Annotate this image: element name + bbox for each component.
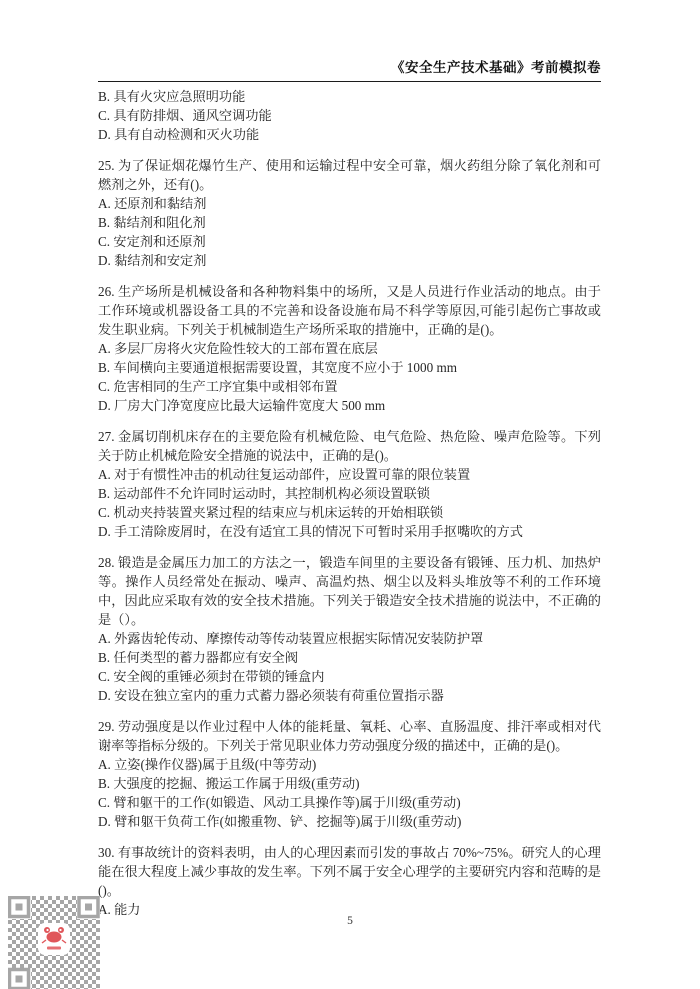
option-b: B. 具有火灾应急照明功能: [98, 87, 601, 106]
question-28: 28. 锻造是金属压力加工的方法之一，锻造车间里的主要设备有锻锤、压力机、加热炉…: [98, 553, 601, 705]
question-25: 25. 为了保证烟花爆竹生产、使用和运输过程中安全可靠，烟火药组分除了氧化剂和可…: [98, 156, 601, 270]
option-c: C. 危害相同的生产工序宜集中或相邻布置: [98, 377, 601, 396]
qr-code-icon: [8, 896, 100, 989]
option-d: D. 手工清除废屑时，在没有适宜工具的情况下可暂时采用手抠嘴吹的方式: [98, 522, 601, 541]
question-30: 30. 有事故统计的资料表明，由人的心理因素而引发的事故占 70%~75%。研究…: [98, 843, 601, 919]
option-d: D. 臂和躯干负荷工作(如搬重物、铲、挖掘等)属于川级(重劳动): [98, 812, 601, 831]
option-b: B. 黏结剂和阻化剂: [98, 213, 601, 232]
option-d: D. 具有自动检测和灭火功能: [98, 125, 601, 144]
page-number: 5: [347, 915, 353, 927]
option-c: C. 机动夹持装置夹紧过程的结束应与机床运转的开始相联锁: [98, 503, 601, 522]
option-a: A. 外露齿轮传动、摩擦传动等传动装置应根据实际情况安装防护罩: [98, 629, 601, 648]
crab-logo-icon: [38, 923, 70, 955]
option-c: C. 臂和躯干的工作(如锻造、风动工具操作等)属于川级(重劳动): [98, 793, 601, 812]
option-b: B. 大强度的挖掘、搬运工作属于用级(重劳动): [98, 774, 601, 793]
page-footer: 5: [0, 915, 700, 927]
page-header: 《安全生产技术基础》考前模拟卷: [98, 56, 601, 82]
option-d: D. 厂房大门净宽度应比最大运输件宽度大 500 mm: [98, 396, 601, 415]
option-d: D. 黏结剂和安定剂: [98, 251, 601, 270]
question-27: 27. 金属切削机床存在的主要危险有机械危险、电气危险、热危险、噪声危险等。下列…: [98, 427, 601, 541]
question-stem: 28. 锻造是金属压力加工的方法之一，锻造车间里的主要设备有锻锤、压力机、加热炉…: [98, 553, 601, 629]
question-stem: 29. 劳动强度是以作业过程中人体的能耗量、氧耗、心率、直肠温度、排汗率或相对代…: [98, 717, 601, 755]
question-26: 26. 生产场所是机械设备和各种物料集中的场所，又是人员进行作业活动的地点。由于…: [98, 282, 601, 415]
option-a: A. 多层厂房将火灾危险性较大的工部布置在底层: [98, 339, 601, 358]
option-b: B. 车间横向主要通道根据需要设置，其宽度不应小于 1000 mm: [98, 358, 601, 377]
option-d: D. 安设在独立室内的重力式蓄力器必须装有荷重位置指示器: [98, 686, 601, 705]
question-stem: 30. 有事故统计的资料表明，由人的心理因素而引发的事故占 70%~75%。研究…: [98, 843, 601, 900]
questions-area: B. 具有火灾应急照明功能 C. 具有防排烟、通风空调功能 D. 具有自动检测和…: [98, 87, 601, 931]
option-b: B. 任何类型的蓄力器都应有安全阀: [98, 648, 601, 667]
qr-code-graphic: [8, 896, 100, 989]
option-c: C. 安定剂和还原剂: [98, 232, 601, 251]
question-stem: 26. 生产场所是机械设备和各种物料集中的场所，又是人员进行作业活动的地点。由于…: [98, 282, 601, 339]
option-a: A. 对于有惯性冲击的机动往复运动部件，应设置可靠的限位装置: [98, 465, 601, 484]
question-continued: B. 具有火灾应急照明功能 C. 具有防排烟、通风空调功能 D. 具有自动检测和…: [98, 87, 601, 144]
question-stem: 25. 为了保证烟花爆竹生产、使用和运输过程中安全可靠，烟火药组分除了氧化剂和可…: [98, 156, 601, 194]
option-c: C. 安全阀的重锤必须封在带锁的锤盒内: [98, 667, 601, 686]
header-title: 《安全生产技术基础》考前模拟卷: [98, 56, 601, 76]
option-a: A. 还原剂和黏结剂: [98, 194, 601, 213]
option-a: A. 立姿(操作仪器)属于且级(中等劳动): [98, 755, 601, 774]
option-b: B. 运动部件不允许同时运动时，其控制机构必须设置联锁: [98, 484, 601, 503]
question-stem: 27. 金属切削机床存在的主要危险有机械危险、电气危险、热危险、噪声危险等。下列…: [98, 427, 601, 465]
option-c: C. 具有防排烟、通风空调功能: [98, 106, 601, 125]
question-29: 29. 劳动强度是以作业过程中人体的能耗量、氧耗、心率、直肠温度、排汗率或相对代…: [98, 717, 601, 831]
document-page: 《安全生产技术基础》考前模拟卷 B. 具有火灾应急照明功能 C. 具有防排烟、通…: [0, 0, 700, 989]
